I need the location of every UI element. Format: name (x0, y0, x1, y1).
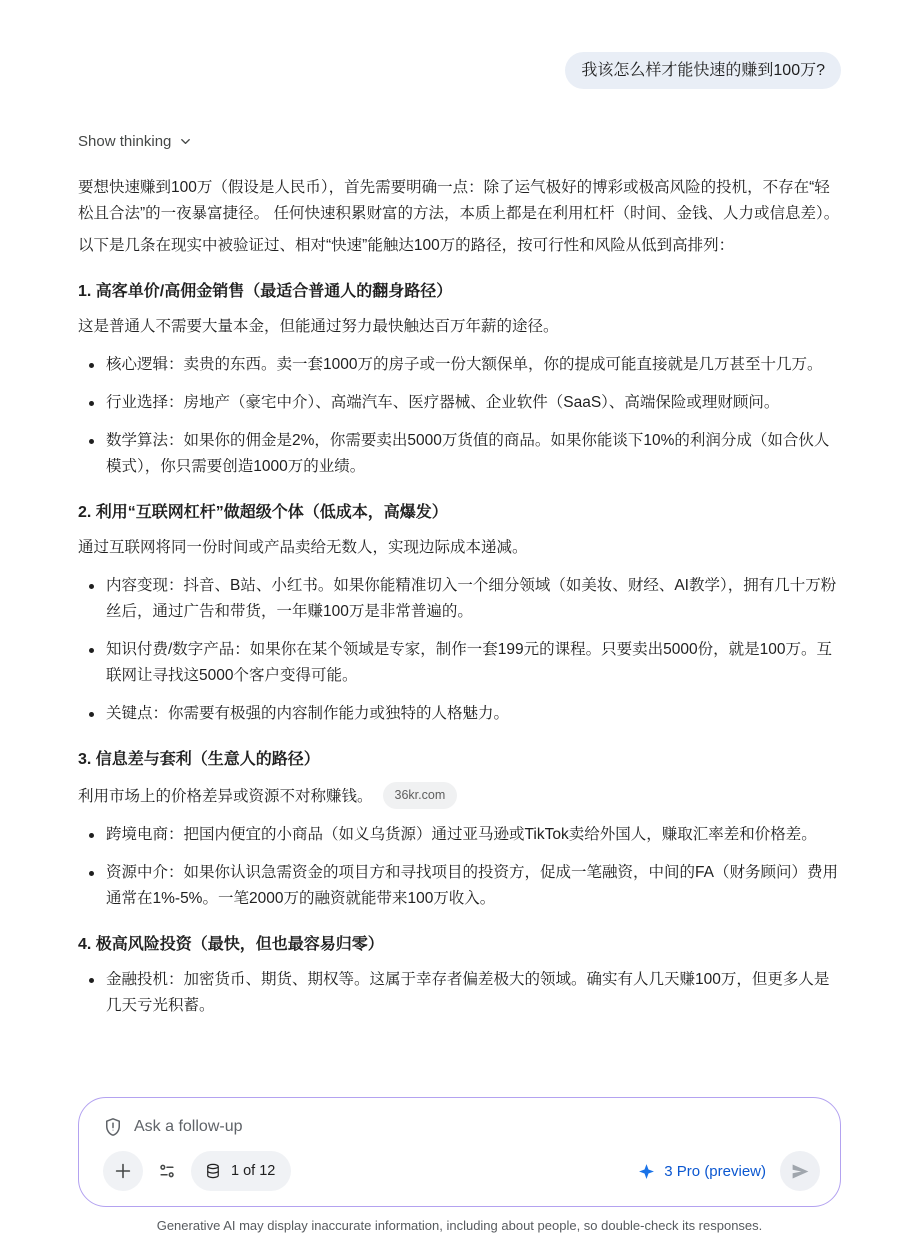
spark-icon (638, 1163, 655, 1180)
gemini-chat-page: 我该怎么样才能快速的赚到100万? Show thinking 要想快速赚到10… (0, 0, 919, 1238)
tune-icon (157, 1161, 177, 1181)
bullet-item: 行业选择：房地产（豪宅中介）、高端汽车、医疗器械、企业软件（SaaS）、高端保险… (106, 390, 841, 416)
add-attachment-button[interactable] (103, 1151, 143, 1191)
section-bullets: 跨境电商：把国内便宜的小商品（如义乌货源）通过亚马逊或TikTok卖给外国人，赚… (78, 822, 841, 912)
send-icon (790, 1161, 811, 1182)
section-lead-text: 利用市场上的价格差异或资源不对称赚钱。 (78, 788, 373, 805)
prompt-placeholder: Ask a follow-up (134, 1118, 243, 1136)
section-heading: 3. 信息差与套利（生意人的路径） (78, 749, 841, 770)
section-lead-text: 通过互联网将同一份时间或产品卖给无数人，实现边际成本递减。 (78, 539, 528, 556)
user-message-row: 我该怎么样才能快速的赚到100万? (78, 52, 841, 89)
section-heading: 2. 利用“互联网杠杆”做超级个体（低成本，高爆发） (78, 502, 841, 523)
section-lead-text: 这是普通人不需要大量本金，但能通过努力最快触达百万年薪的途径。 (78, 318, 559, 335)
composer-left-actions: 1 of 12 (103, 1151, 291, 1191)
user-message-bubble: 我该怎么样才能快速的赚到100万? (565, 52, 841, 89)
context-files-button[interactable]: 1 of 12 (191, 1151, 291, 1191)
section-lead: 利用市场上的价格差异或资源不对称赚钱。36kr.com (78, 782, 841, 810)
composer: Ask a follow-up (0, 1097, 919, 1233)
source-chip[interactable]: 36kr.com (383, 782, 458, 809)
model-label: 3 Pro (preview) (664, 1163, 766, 1180)
bullet-item: 金融投机：加密货币、期货、期权等。这属于幸存者偏差极大的领域。确实有人几天赚10… (106, 967, 841, 1019)
tools-button[interactable] (147, 1151, 187, 1191)
bullet-item: 关键点：你需要有极强的内容制作能力或独特的人格魅力。 (106, 701, 841, 727)
send-button[interactable] (780, 1151, 820, 1191)
conversation-area: 我该怎么样才能快速的赚到100万? Show thinking 要想快速赚到10… (0, 0, 919, 1019)
show-thinking-toggle[interactable]: Show thinking (78, 133, 193, 150)
bullet-item: 数学算法：如果你的佣金是2%，你需要卖出5000万货值的商品。如果你能谈下10%… (106, 428, 841, 480)
response-paragraph: 要想快速赚到100万（假设是人民币），首先需要明确一点：除了运气极好的博彩或极高… (78, 175, 841, 227)
assistant-response: 要想快速赚到100万（假设是人民币），首先需要明确一点：除了运气极好的博彩或极高… (78, 175, 841, 1019)
composer-actions: 1 of 12 3 Pro (preview) (103, 1151, 820, 1191)
plus-icon (112, 1160, 134, 1182)
section-heading: 4. 极高风险投资（最快，但也最容易归零） (78, 934, 841, 955)
prompt-input-box[interactable]: Ask a follow-up (78, 1097, 841, 1207)
prompt-row: Ask a follow-up (103, 1117, 820, 1137)
section-bullets: 金融投机：加密货币、期货、期权等。这属于幸存者偏差极大的领域。确实有人几天赚10… (78, 967, 841, 1019)
context-files-label: 1 of 12 (231, 1163, 275, 1179)
bullet-item: 内容变现：抖音、B站、小红书。如果你能精准切入一个细分领域（如美妆、财经、AI教… (106, 573, 841, 625)
bullet-item: 资源中介：如果你认识急需资金的项目方和寻找项目的投资方，促成一笔融资，中间的FA… (106, 860, 841, 912)
section-bullets: 内容变现：抖音、B站、小红书。如果你能精准切入一个细分领域（如美妆、财经、AI教… (78, 573, 841, 727)
bullet-item: 跨境电商：把国内便宜的小商品（如义乌货源）通过亚马逊或TikTok卖给外国人，赚… (106, 822, 841, 848)
composer-right-actions: 3 Pro (preview) (638, 1151, 820, 1191)
section-heading: 1. 高客单价/高佣金销售（最适合普通人的翻身路径） (78, 281, 841, 302)
response-paragraph: 以下是几条在现实中被验证过、相对“快速”能触达100万的路径，按可行性和风险从低… (78, 233, 841, 259)
section-lead: 这是普通人不需要大量本金，但能通过努力最快触达百万年薪的途径。 (78, 314, 841, 340)
shield-alert-icon (103, 1117, 123, 1137)
bullet-item: 核心逻辑：卖贵的东西。卖一套1000万的房子或一份大额保单，你的提成可能直接就是… (106, 352, 841, 378)
model-selector[interactable]: 3 Pro (preview) (638, 1163, 766, 1180)
section-bullets: 核心逻辑：卖贵的东西。卖一套1000万的房子或一份大额保单，你的提成可能直接就是… (78, 352, 841, 480)
bullet-item: 知识付费/数字产品：如果你在某个领域是专家，制作一套199元的课程。只要卖出50… (106, 637, 841, 689)
ai-disclaimer: Generative AI may display inaccurate inf… (0, 1218, 919, 1233)
show-thinking-label: Show thinking (78, 133, 171, 150)
chevron-down-icon (178, 134, 193, 149)
database-icon (204, 1162, 222, 1180)
section-lead: 通过互联网将同一份时间或产品卖给无数人，实现边际成本递减。 (78, 535, 841, 561)
